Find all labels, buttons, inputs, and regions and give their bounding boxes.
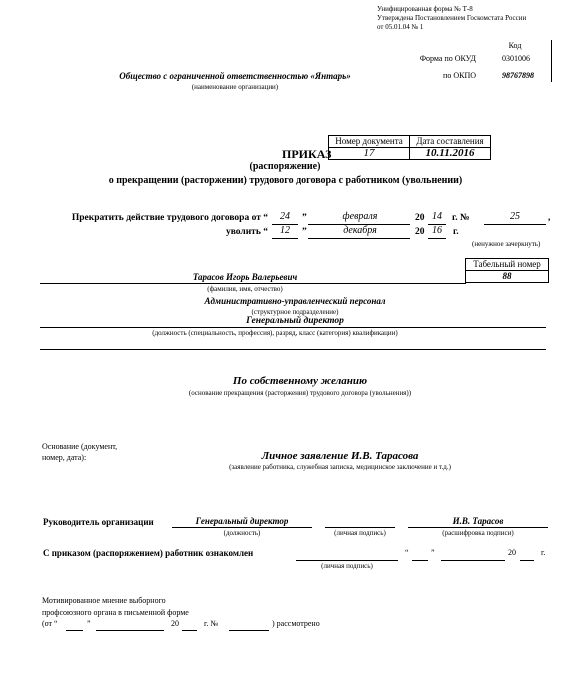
dismiss-day-underline: [272, 238, 298, 239]
organization-name: Общество с ограниченной ответственностью…: [90, 71, 380, 81]
dismiss-month-underline: [308, 238, 410, 239]
acquainted-year-suffix: г.: [541, 548, 545, 557]
contract-number-label: г. №: [452, 213, 470, 223]
union-line-1: Мотивированное мнение выборного: [42, 595, 189, 607]
doc-date-label: Дата составления: [410, 136, 491, 148]
doc-info-table: Номер документа Дата составления 17 10.1…: [328, 135, 491, 160]
position-caption: (должность (специальность, профессия), р…: [100, 329, 450, 337]
head-position: Генеральный директор: [172, 516, 312, 526]
dismiss-year-prefix: 20: [415, 227, 425, 237]
position: Генеральный директор: [120, 316, 470, 326]
union-number-line[interactable]: [229, 630, 269, 631]
union-day-line[interactable]: [66, 630, 83, 631]
basis-value: Личное заявление И.В. Тарасова: [200, 450, 480, 462]
code-box-border: [551, 40, 552, 82]
order-title: ПРИКАЗ: [282, 147, 331, 162]
union-note: Мотивированное мнение выборного профсоюз…: [42, 595, 189, 619]
okud-value: 0301006: [490, 54, 542, 63]
head-label: Руководитель организации: [43, 517, 154, 527]
union-number-label: г. №: [204, 619, 218, 628]
union-year-line[interactable]: [182, 630, 197, 631]
code-label: Код: [495, 41, 535, 50]
acquainted-close-quote: ”: [431, 548, 435, 557]
position-extra-underline: [40, 349, 546, 350]
order-subtitle-2: о прекращении (расторжении) трудового до…: [40, 175, 531, 186]
acquainted-day-line[interactable]: [412, 560, 428, 561]
strike-caption: (ненужное зачеркнуть): [472, 240, 540, 248]
head-name: И.В. Тарасов: [408, 516, 548, 526]
head-name-caption: (расшифровка подписи): [408, 529, 548, 537]
acquainted-label: С приказом (распоряжением) работник озна…: [43, 548, 253, 558]
organization-caption: (наименование организации): [90, 83, 380, 91]
head-signature-line[interactable]: [325, 527, 395, 528]
dismiss-day-close: ”: [302, 227, 307, 237]
employee-name-caption: (фамилия, имя, отчество): [120, 285, 370, 293]
termination-reason-caption: (основание прекращения (расторжения) тру…: [150, 389, 450, 397]
contract-day-close: ”: [302, 213, 307, 223]
union-line-2: профсоюзного органа в письменной форме: [42, 607, 189, 619]
employee-name: Тарасов Игорь Валерьевич: [120, 272, 370, 282]
okud-label: Форма по ОКУД: [380, 54, 476, 63]
tab-number-table: Табельный номер 88: [465, 258, 549, 283]
contract-number-underline: [484, 224, 546, 225]
head-position-underline: [172, 527, 312, 528]
dismiss-year-suffix: г.: [453, 227, 459, 237]
head-name-underline: [408, 527, 548, 528]
department: Административно-управленческий персонал: [120, 296, 470, 306]
form-line-3: от 05.01.04 № 1: [377, 23, 526, 32]
basis-caption: (заявление работника, служебная записка,…: [200, 463, 480, 471]
contract-number: 25: [484, 211, 546, 222]
acquainted-month-line[interactable]: [441, 560, 505, 561]
employee-name-underline: [40, 283, 466, 284]
union-month-line[interactable]: [96, 630, 164, 631]
contract-month: февраля: [310, 211, 410, 222]
dismiss-day: 12: [270, 225, 300, 236]
form-reference: Унифицированная форма № Т-8 Утверждена П…: [377, 5, 526, 32]
dismiss-month: декабря: [310, 225, 410, 236]
contract-year: 14: [428, 211, 446, 222]
union-year-prefix: 20: [171, 619, 179, 628]
acquainted-year-line[interactable]: [520, 560, 534, 561]
department-underline: [40, 327, 546, 328]
okpo-label: по ОКПО: [380, 71, 476, 80]
order-subtitle-1: (распоряжение): [150, 161, 420, 172]
doc-number: 17: [329, 148, 410, 160]
basis-label-line-2: номер, дата):: [42, 452, 117, 463]
head-position-caption: (должность): [172, 529, 312, 537]
contract-day: 24: [270, 211, 300, 222]
tab-number-label: Табельный номер: [466, 259, 549, 271]
termination-reason: По собственному желанию: [150, 375, 450, 387]
contract-label: Прекратить действие трудового договора о…: [40, 213, 268, 223]
head-signature-caption: (личная подпись): [325, 529, 395, 537]
basis-label: Основание (документ, номер, дата):: [42, 441, 117, 463]
contract-year-prefix: 20: [415, 213, 425, 223]
union-from: (от “: [42, 619, 58, 628]
basis-label-line-1: Основание (документ,: [42, 441, 117, 452]
acquainted-signature-line[interactable]: [296, 560, 398, 561]
doc-number-label: Номер документа: [329, 136, 410, 148]
dismiss-year-underline: [428, 238, 446, 239]
dismiss-label: уволить “: [40, 227, 268, 237]
acquainted-year-prefix: 20: [508, 548, 516, 557]
form-line-2: Утверждена Постановлением Госкомстата Ро…: [377, 14, 526, 23]
acquainted-signature-caption: (личная подпись): [296, 562, 398, 570]
department-caption: (структурное подразделение): [120, 308, 470, 316]
okpo-value: 98767898: [490, 71, 546, 80]
union-suffix: ) рассмотрено: [272, 619, 320, 628]
doc-date: 10.11.2016: [410, 148, 491, 160]
acquainted-open-quote: “: [405, 548, 409, 557]
dismiss-year: 16: [428, 225, 446, 236]
form-line-1: Унифицированная форма № Т-8: [377, 5, 526, 14]
contract-comma: ,: [548, 213, 550, 223]
union-close-quote: ”: [87, 619, 91, 628]
tab-number: 88: [466, 271, 549, 283]
